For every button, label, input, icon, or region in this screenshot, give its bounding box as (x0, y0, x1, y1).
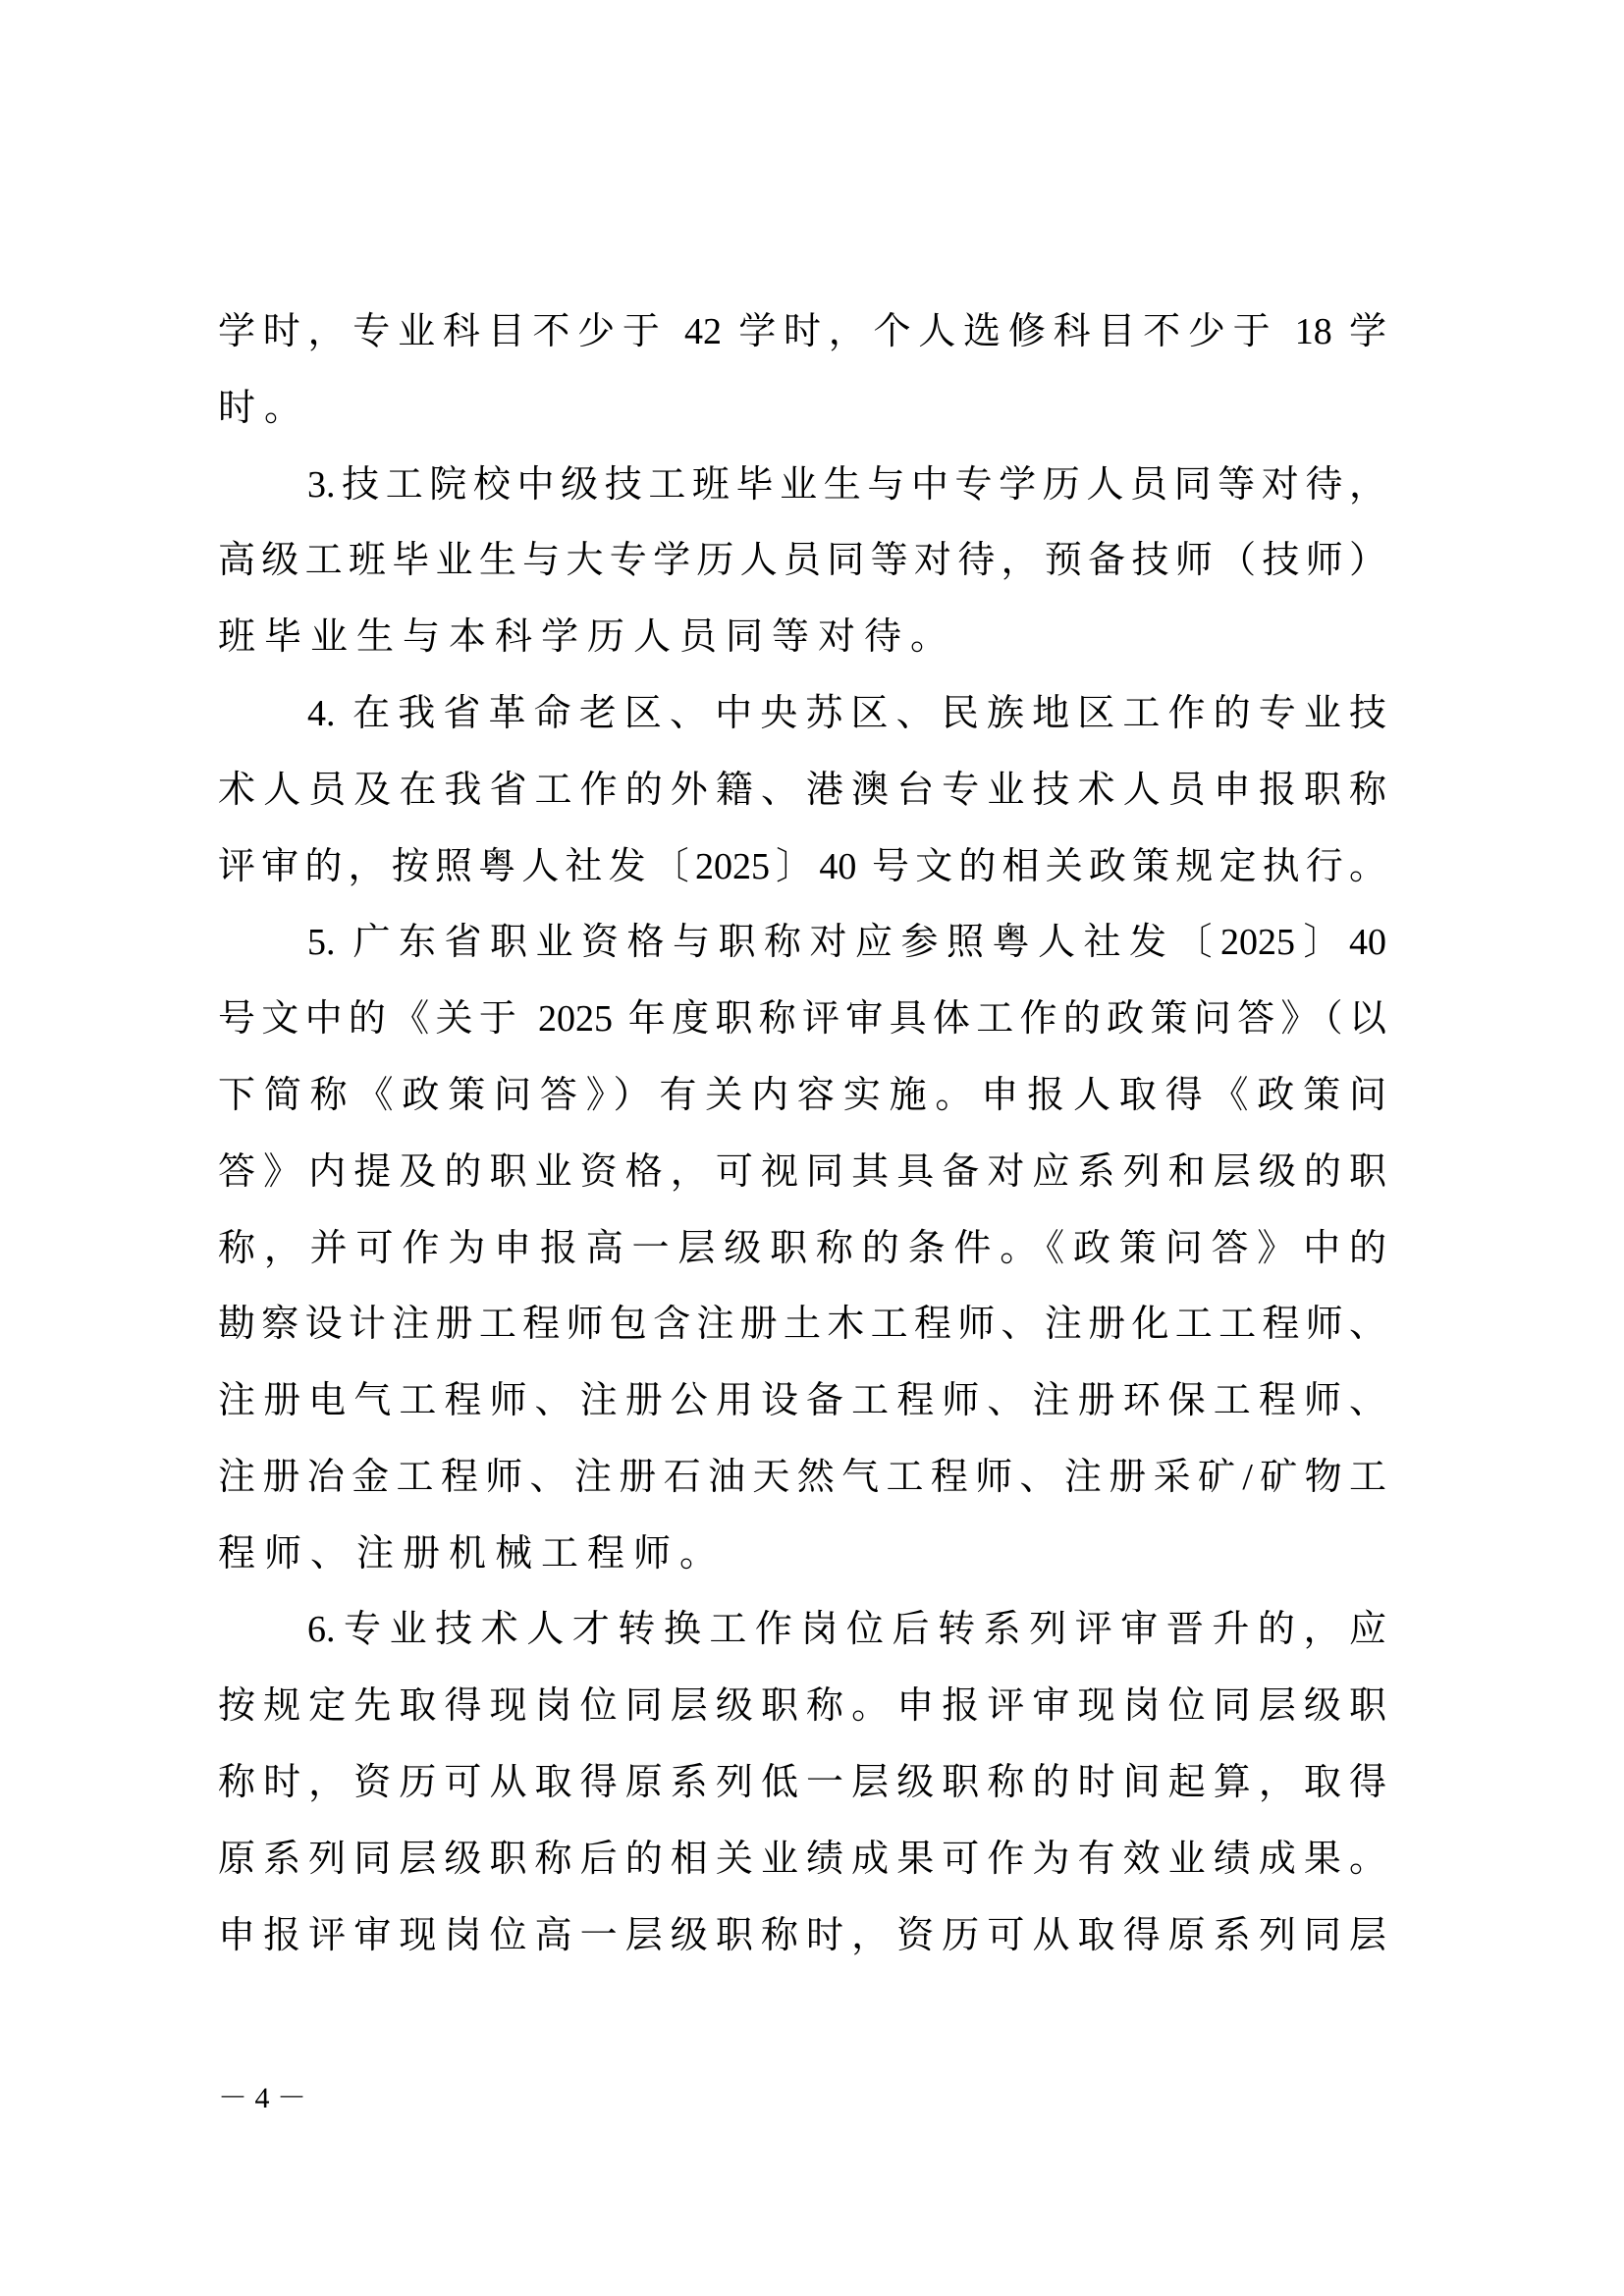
page-number: － 4 － (218, 2079, 306, 2118)
text-line: 原系列同层级职称后的相关业绩成果可作为有效业绩成果。 (218, 1821, 1386, 1897)
text-line: 术人员及在我省工作的外籍、港澳台专业技术人员申报职称 (218, 752, 1386, 828)
text-line: 称时，资历可从取得原系列低一层级职称的时间起算，取得 (218, 1744, 1386, 1821)
text-line: 按规定先取得现岗位同层级职称。申报评审现岗位同层级职 (218, 1668, 1386, 1744)
text-line: 申报评审现岗位高一层级职称时，资历可从取得原系列同层 (218, 1897, 1386, 1974)
text-line: 勘察设计注册工程师包含注册土木工程师、注册化工工程师、 (218, 1286, 1386, 1362)
paragraph-start-line: 6.专业技术人才转换工作岗位后转系列评审晋升的，应 (307, 1591, 1386, 1668)
document-page: 学时，专业科目不少于 42 学时，个人选修科目不少于 18 学 时。 3.技工院… (0, 0, 1624, 2296)
text-line: 注册电气工程师、注册公用设备工程师、注册环保工程师、 (218, 1362, 1386, 1439)
text-line: 时。 (218, 370, 1386, 447)
text-line: 下简称《政策问答》）有关内容实施。申报人取得《政策问 (218, 1057, 1386, 1134)
text-line: 评审的，按照粤人社发〔2025〕40 号文的相关政策规定执行。 (218, 828, 1386, 905)
text-line: 高级工班毕业生与大专学历人员同等对待，预备技师（技师） (218, 522, 1386, 599)
text-line: 班毕业生与本科学历人员同等对待。 (218, 599, 1386, 675)
text-line: 学时，专业科目不少于 42 学时，个人选修科目不少于 18 学 (218, 294, 1386, 370)
paragraph-start-line: 5. 广东省职业资格与职称对应参照粤人社发〔2025〕40 (307, 904, 1386, 981)
paragraph-start-line: 3.技工院校中级技工班毕业生与中专学历人员同等对待， (307, 447, 1386, 523)
text-line: 程师、注册机械工程师。 (218, 1516, 1386, 1592)
paragraph-start-line: 4. 在我省革命老区、中央苏区、民族地区工作的专业技 (307, 675, 1386, 752)
text-line: 注册冶金工程师、注册石油天然气工程师、注册采矿/矿物工 (218, 1439, 1386, 1516)
text-line: 答》内提及的职业资格，可视同其具备对应系列和层级的职 (218, 1134, 1386, 1210)
text-line: 称，并可作为申报高一层级职称的条件。《政策问答》中的 (218, 1210, 1386, 1287)
text-line: 号文中的《关于 2025 年度职称评审具体工作的政策问答》（以 (218, 981, 1386, 1057)
